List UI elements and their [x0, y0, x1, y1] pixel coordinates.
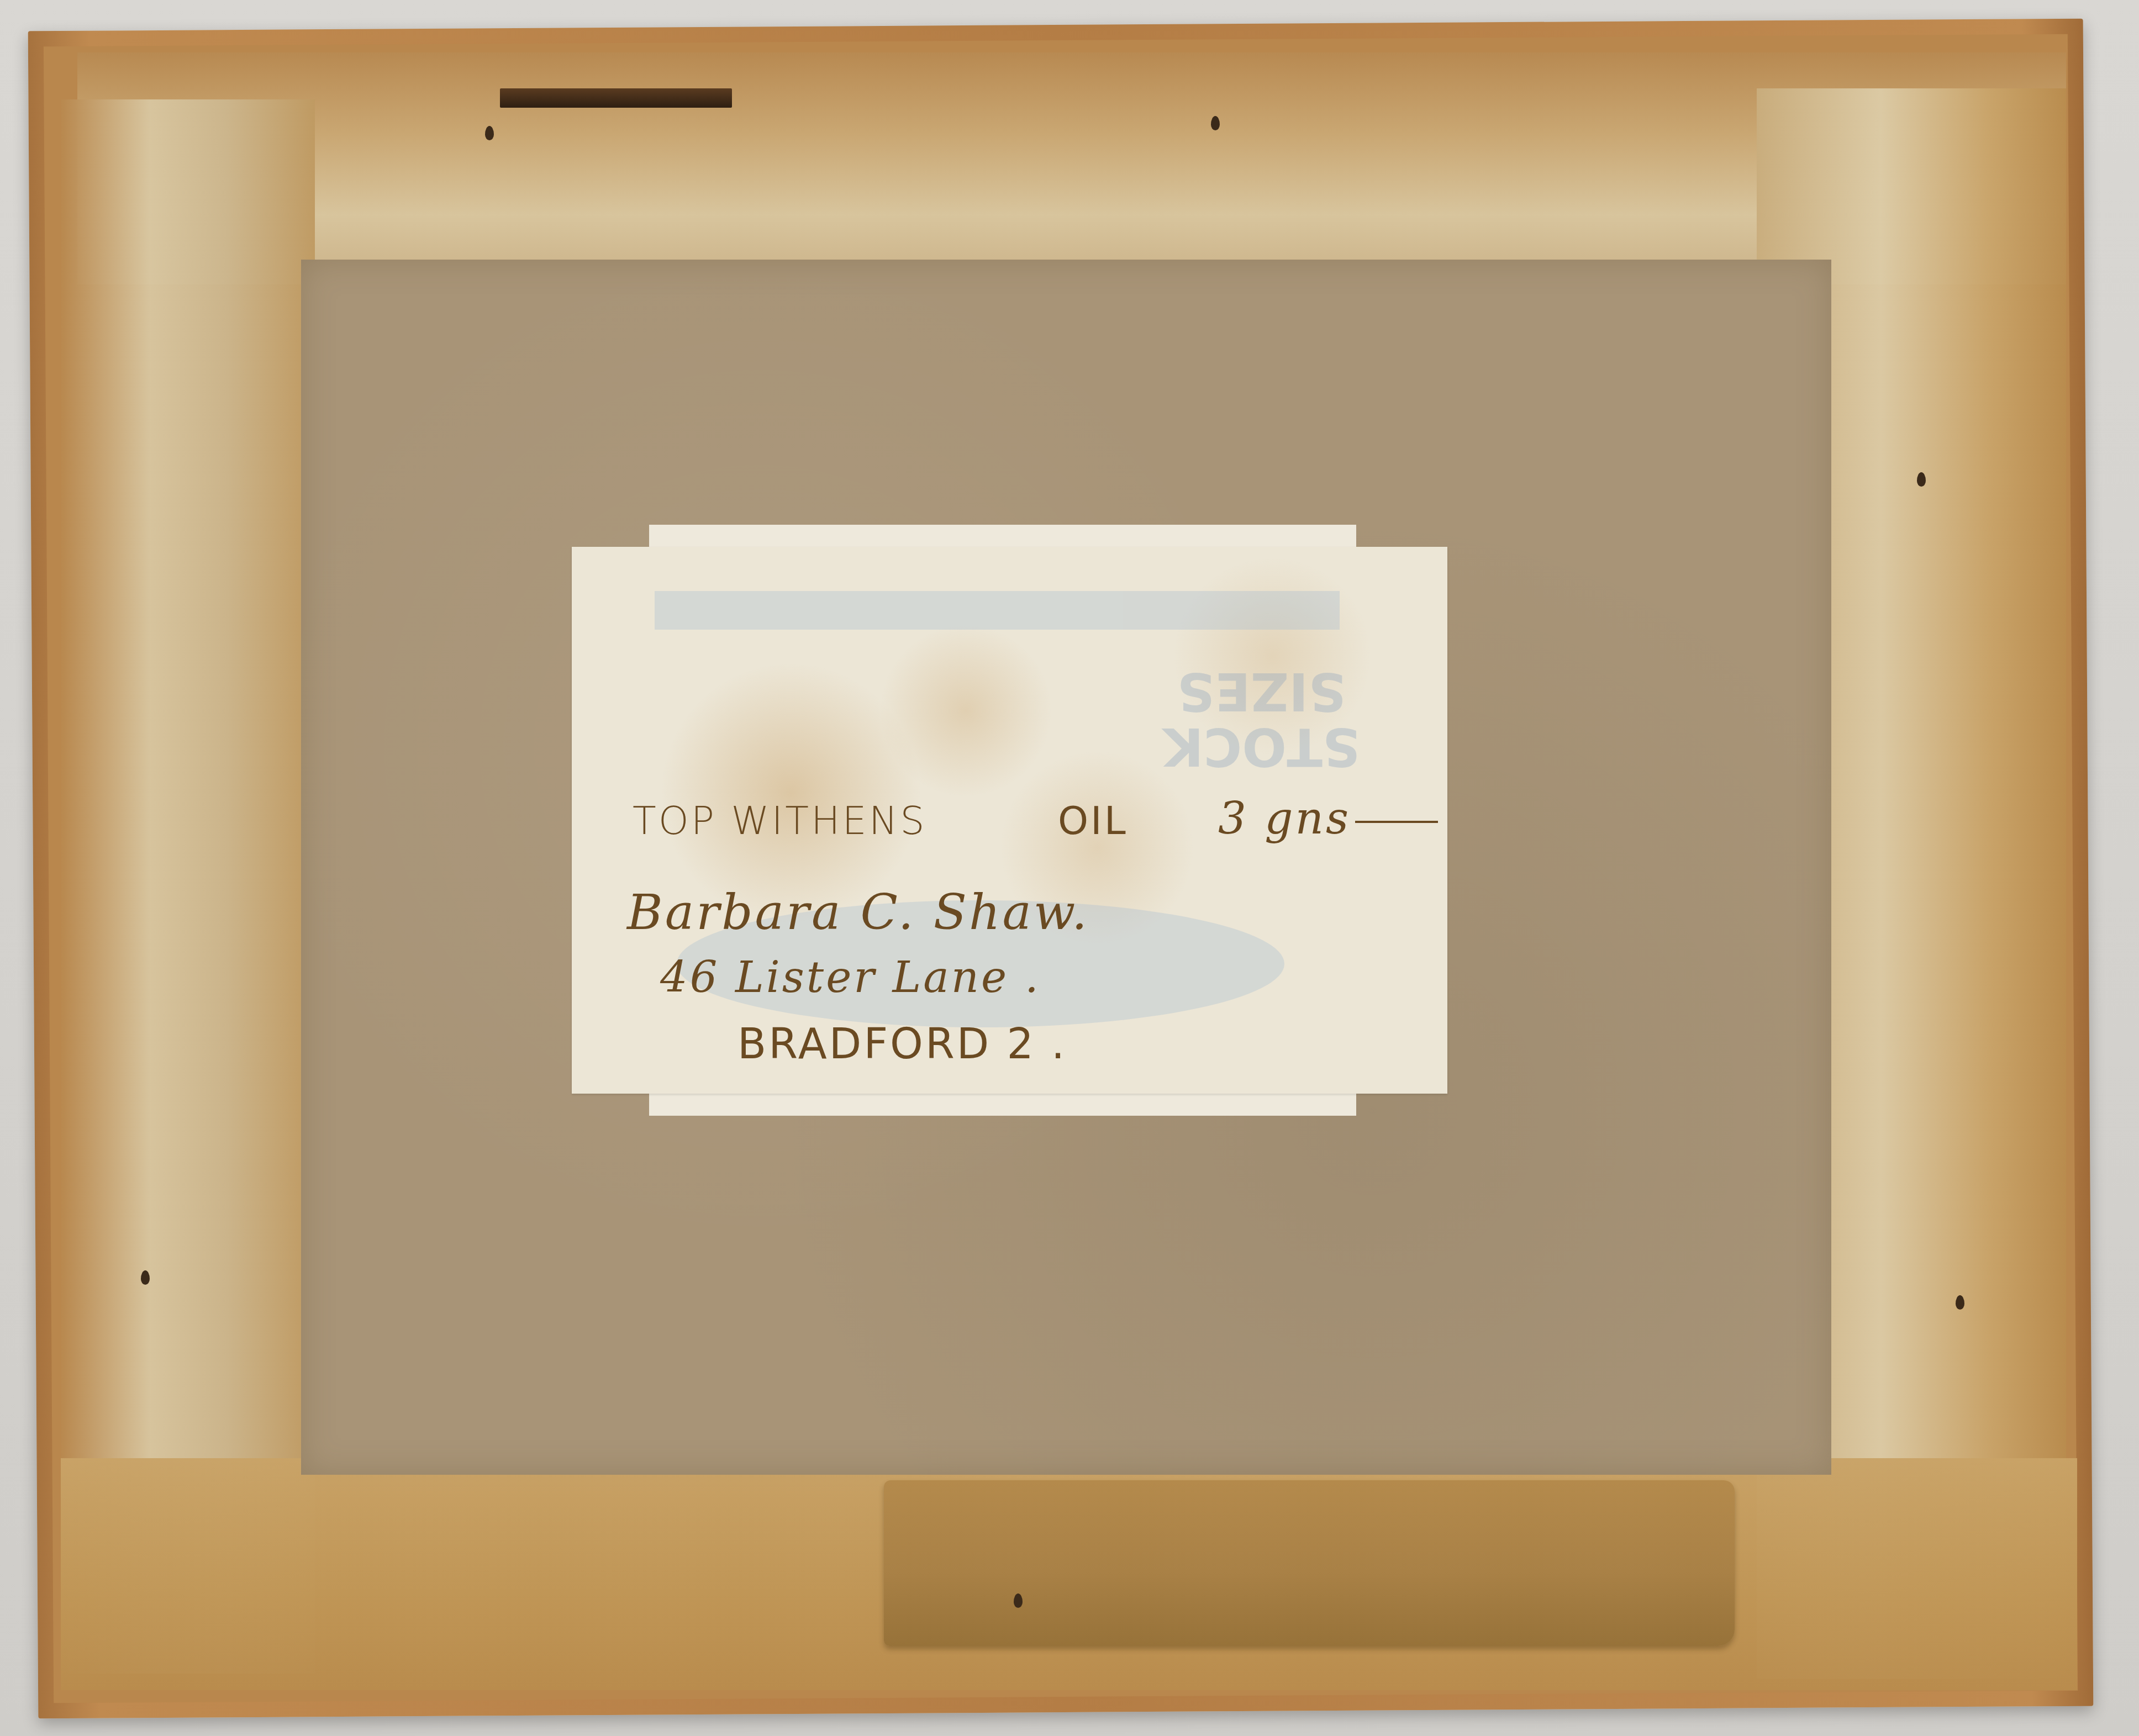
nail-hole-icon	[485, 126, 494, 140]
ghost-print-text: STOCK SIZES	[1163, 663, 1360, 773]
torn-tape-notch	[500, 88, 732, 108]
nail-hole-icon	[1211, 116, 1220, 130]
artist-name: Barbara C. Shaw.	[627, 884, 1089, 941]
nail-hole-icon	[1956, 1295, 1964, 1310]
artist-address-line2: BRADFORD 2 .	[737, 1019, 1067, 1068]
nail-hole-icon	[1917, 472, 1926, 487]
kraft-tape-flap	[884, 1480, 1735, 1646]
ghost-print-band	[655, 591, 1340, 630]
artist-address-line1: 46 Lister Lane .	[660, 953, 1041, 1002]
nail-hole-icon	[1014, 1593, 1023, 1608]
nail-hole-icon	[141, 1270, 150, 1285]
painting-label: STOCK SIZES TOP WITHENS OIL 3 gns Barbar…	[572, 547, 1447, 1094]
kraft-tape-left	[61, 99, 315, 1674]
photo-background: STOCK SIZES TOP WITHENS OIL 3 gns Barbar…	[0, 0, 2139, 1736]
painting-title: TOP WITHENS	[633, 798, 927, 843]
painting-medium: OIL	[1058, 798, 1128, 843]
painting-price: 3 gns	[1218, 793, 1438, 844]
